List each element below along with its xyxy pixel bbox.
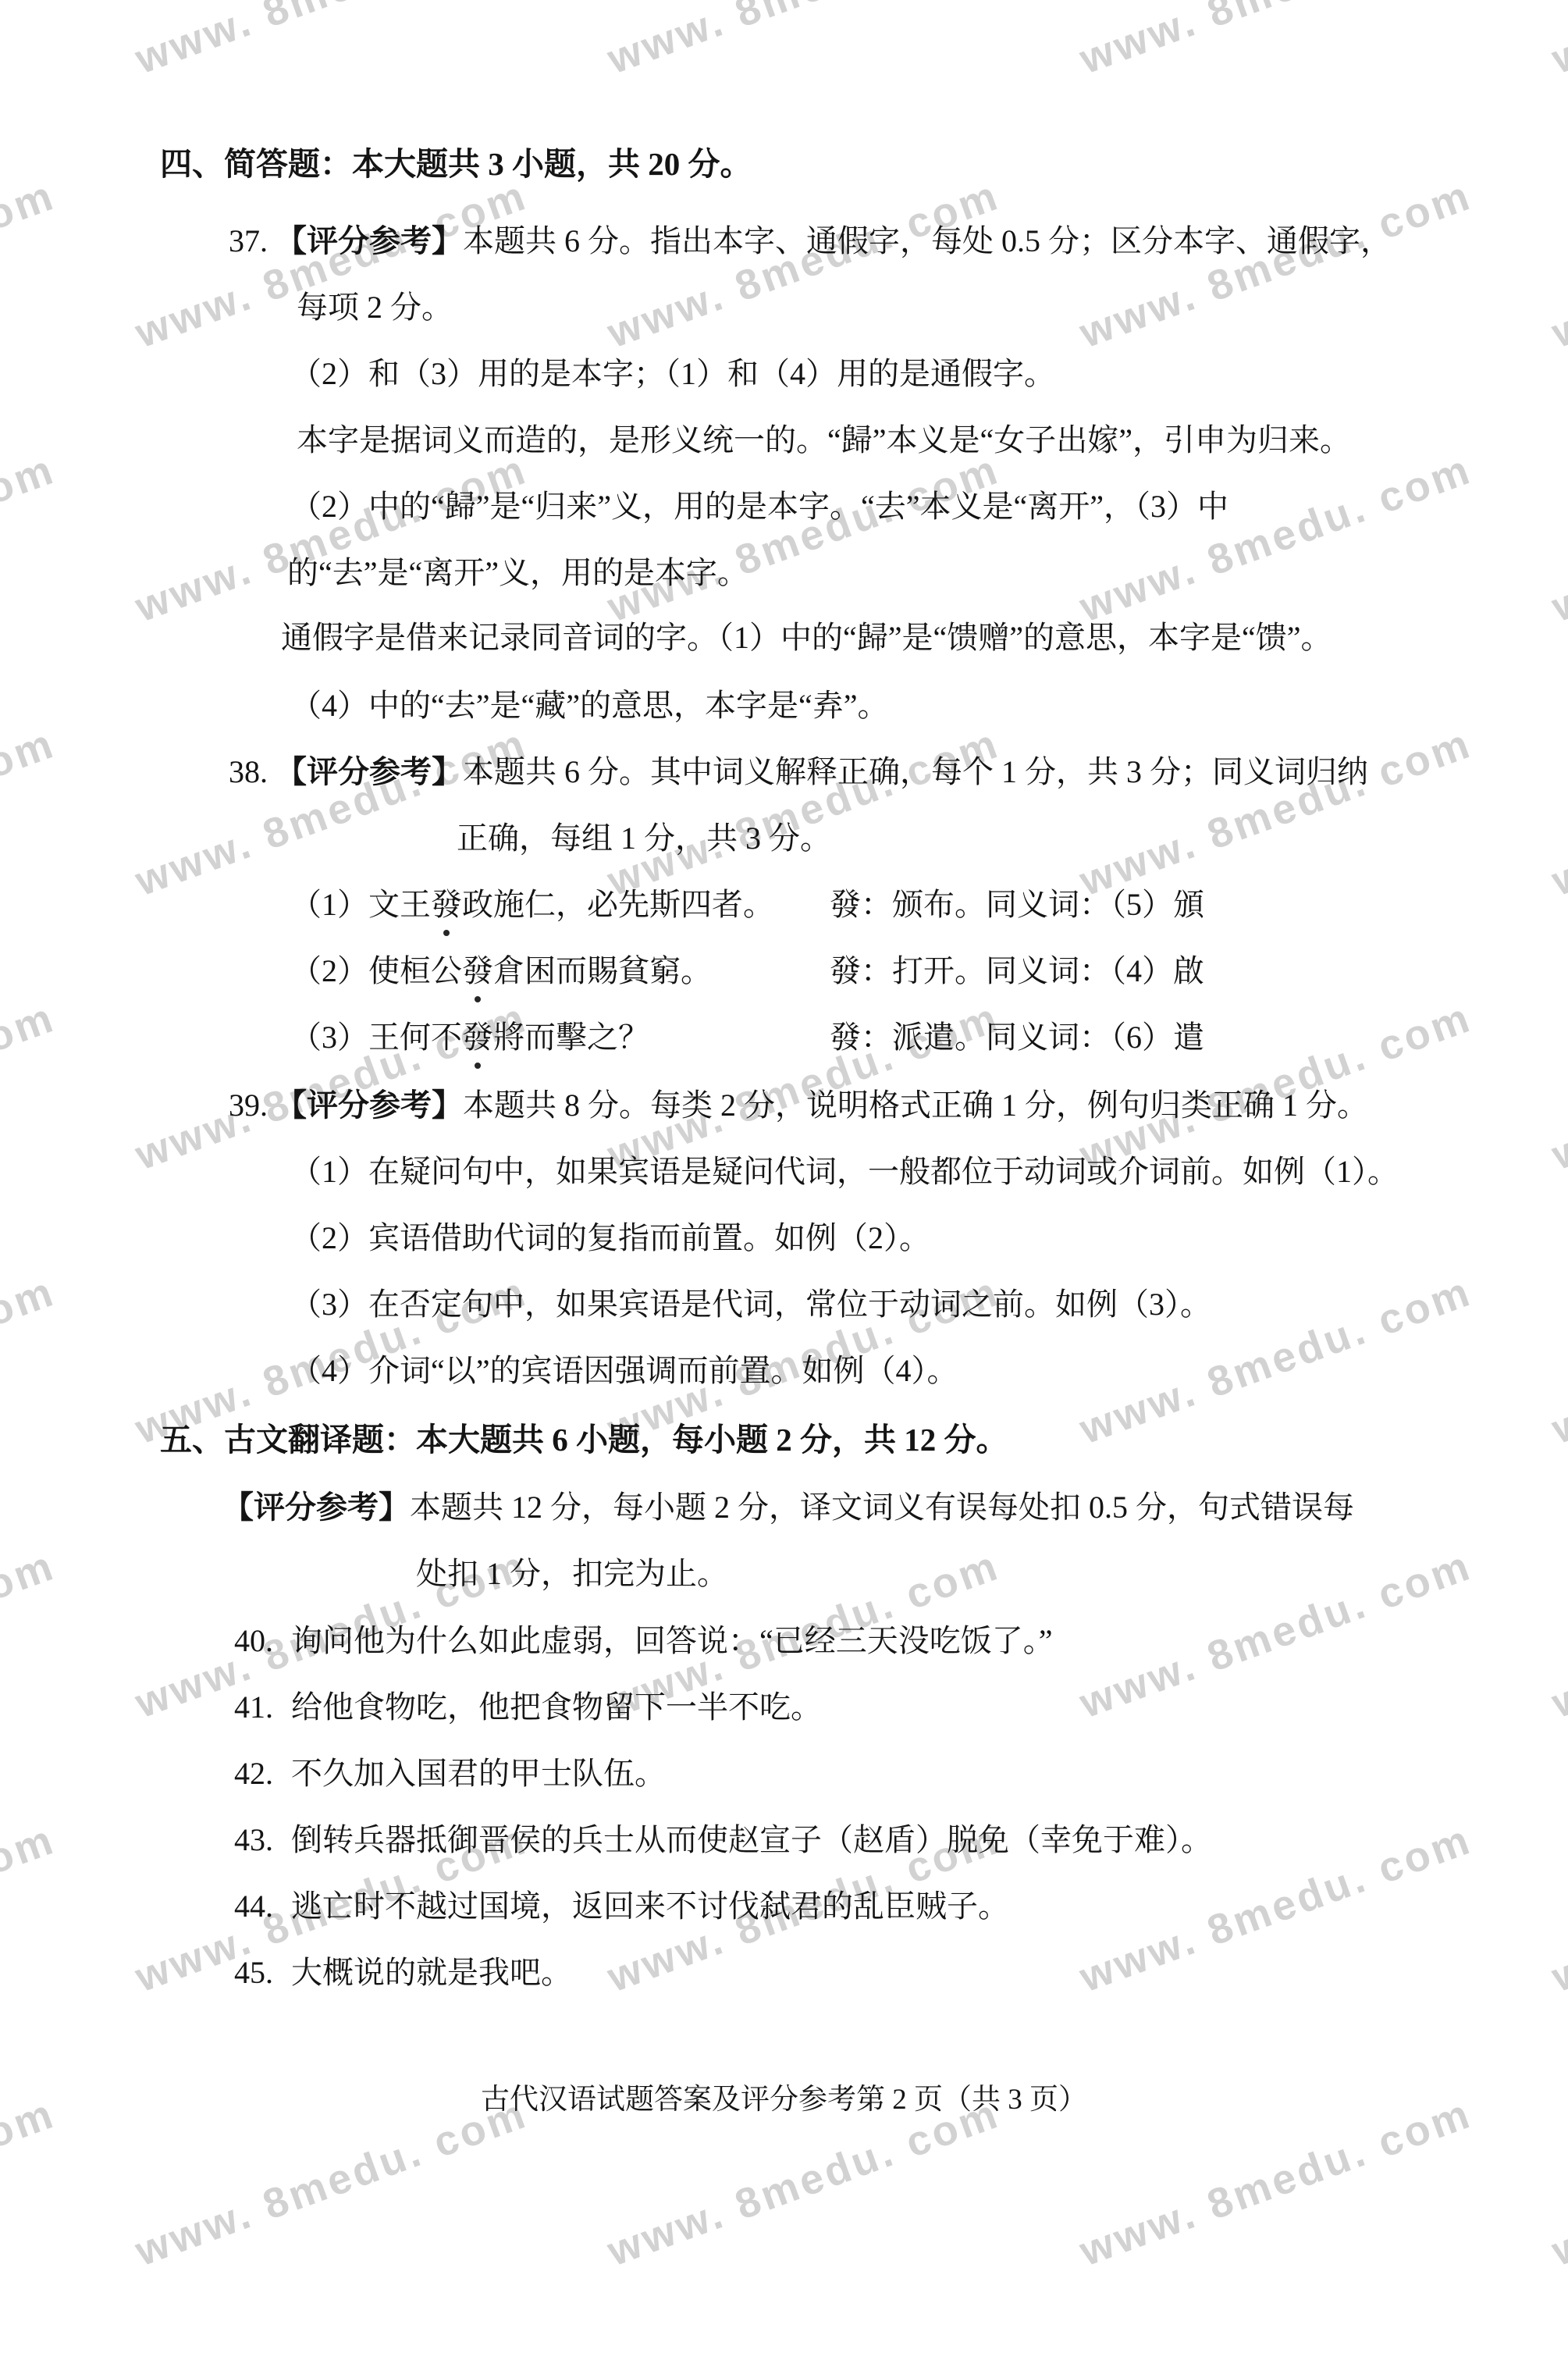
q38-intro-text: 本题共 6 分。其中词义解释正确，每个 1 分，共 3 分；同义词归纳 [463,754,1368,789]
q37-answer-line: 的“去”是“离开”义，用的是本字。 [287,551,748,595]
q38-row-answer: 發：派遣。同义词：（6）遣 [830,1016,1204,1059]
sentence-text: 倉困而賜貧窮。 [493,953,712,988]
q38-row-sentence: （3）王何不發將而擊之？ [290,1016,649,1059]
item-number: 44. [234,1885,273,1928]
sentence-text: （2）使桓公 [290,953,462,988]
section5-intro-text: 本题共 12 分，每小题 2 分，译文词义有误每处扣 0.5 分，句式错误每 [410,1490,1354,1525]
sentence-text: （1）文王 [290,887,431,922]
q37-answer-line: （4）中的“去”是“藏”的意思，本字是“弆”。 [290,684,889,728]
q37-header-line: 37.【评分参考】本题共 6 分。指出本字、通假字，每处 0.5 分；区分本字、… [229,219,1392,263]
item-number: 42. [234,1752,273,1796]
q38-intro-continuation: 正确，每组 1 分，共 3 分。 [457,817,831,860]
item-number: 43. [234,1818,273,1862]
q37-number: 37. [229,219,268,263]
scoring-tag: 【评分参考】 [276,223,463,258]
section5-heading: 五、古文翻译题：本大题共 6 小题，每小题 2 分，共 12 分。 [160,1418,1008,1461]
section5-scoring-continuation: 处扣 1 分，扣完为止。 [416,1552,728,1596]
item-number: 41. [234,1686,273,1729]
q37-intro-continuation: 每项 2 分。 [297,286,453,329]
q37-answer-line: 本字是据词义而造的，是形义统一的。“歸”本义是“女子出嫁”，引申为归来。 [297,418,1351,462]
q37-answer-line: （2）和（3）用的是本字；（1）和（4）用的是通假字。 [290,352,1055,396]
q38-row-answer: 發：打开。同义词：（4）啟 [830,949,1204,993]
sentence-text: 政施仁，必先斯四者。 [462,887,774,922]
item-text: 不久加入国君的甲士队伍。 [291,1752,666,1796]
q37-answer-line: 通假字是借来记录同音词的字。（1）中的“歸”是“馈赠”的意思，本字是“馈”。 [281,616,1332,660]
section5-scoring-line: 【评分参考】本题共 12 分，每小题 2 分，译文词义有误每处扣 0.5 分，句… [222,1486,1354,1529]
item-text: 大概说的就是我吧。 [291,1951,572,1995]
item-number: 45. [234,1951,273,1995]
scoring-tag: 【评分参考】 [276,1088,463,1123]
q37-answer-line: （2）中的“歸”是“归来”义，用的是本字。“去”本义是“离开”，（3）中 [290,485,1228,529]
q38-row-sentence: （2）使桓公發倉困而賜貧窮。 [290,949,712,993]
item-number: 40. [234,1619,273,1663]
q39-number: 39. [229,1084,268,1127]
q39-header-line: 39.【评分参考】本题共 8 分。每类 2 分，说明格式正确 1 分，例句归类正… [229,1084,1368,1127]
q37-intro-text: 本题共 6 分。指出本字、通假字，每处 0.5 分；区分本字、通假字， [463,223,1392,258]
q38-number: 38. [229,750,268,794]
item-text: 逃亡时不越过国境，返回来不讨伐弑君的乱臣贼子。 [291,1885,1009,1928]
emphasized-char: 發 [431,883,462,927]
q39-answer-line: （2）宾语借助代词的复指而前置。如例（2）。 [290,1216,930,1260]
q39-intro-text: 本题共 8 分。每类 2 分，说明格式正确 1 分，例句归类正确 1 分。 [463,1088,1368,1123]
item-text: 倒转兵器抵御晋侯的兵士从而使赵宣子（赵盾）脱免（幸免于难）。 [291,1818,1212,1862]
page-footer: 古代汉语试题答案及评分参考第 2 页（共 3 页） [0,2078,1568,2122]
item-text: 给他食物吃，他把食物留下一半不吃。 [291,1686,822,1729]
q39-answer-line: （4）介词“以”的宾语因强调而前置。如例（4）。 [290,1349,958,1393]
sentence-text: 將而擊之？ [493,1020,649,1055]
q38-header-line: 38.【评分参考】本题共 6 分。其中词义解释正确，每个 1 分，共 3 分；同… [229,750,1368,794]
emphasized-char: 發 [462,949,493,993]
document-content: 四、简答题：本大题共 3 小题，共 20 分。 37.【评分参考】本题共 6 分… [0,0,1568,2371]
section4-heading: 四、简答题：本大题共 3 小题，共 20 分。 [160,142,752,186]
q38-row-answer: 發：颁布。同义词：（5）頒 [830,883,1204,927]
scoring-tag: 【评分参考】 [276,754,463,789]
emphasized-char: 發 [462,1016,493,1059]
document-page: www. 8medu. comwww. 8medu. comwww. 8medu… [0,0,1568,2371]
q39-answer-line: （1）在疑问句中，如果宾语是疑问代词，一般都位于动词或介词前。如例（1）。 [290,1150,1399,1194]
scoring-tag: 【评分参考】 [222,1490,410,1525]
sentence-text: （3）王何不 [290,1020,462,1055]
q39-answer-line: （3）在否定句中，如果宾语是代词，常位于动词之前。如例（3）。 [290,1283,1211,1326]
item-text: 询问他为什么如此虚弱，回答说：“已经三天没吃饭了。” [291,1619,1053,1663]
q38-row-sentence: （1）文王發政施仁，必先斯四者。 [290,883,774,927]
